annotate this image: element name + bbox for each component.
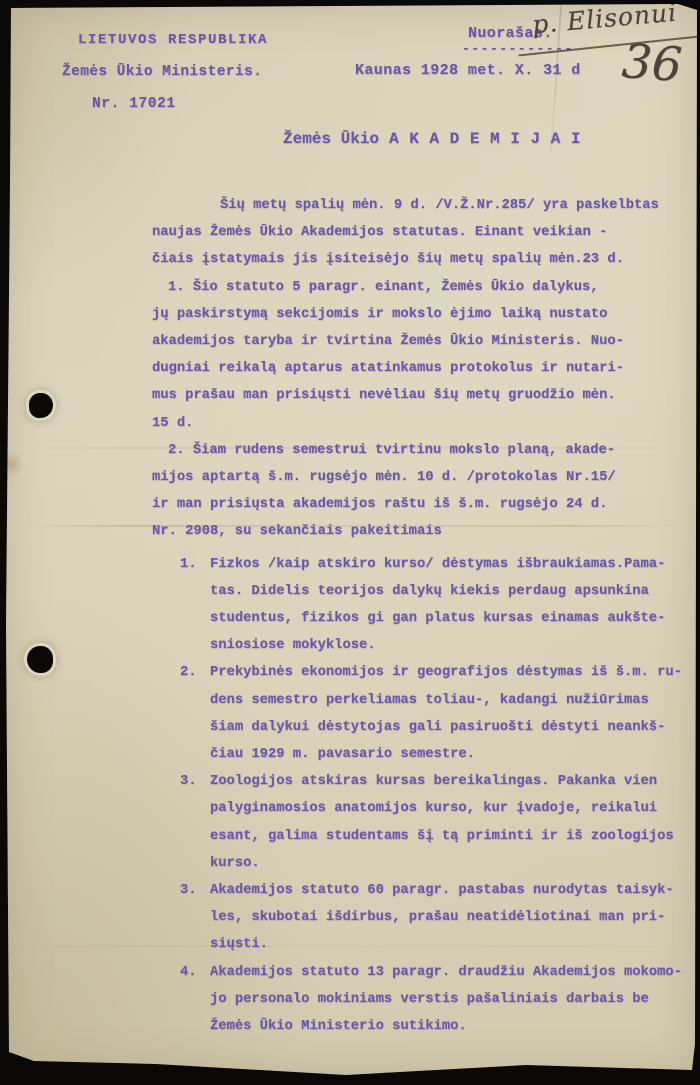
paragraphs-container: Šių metų spalių mėn. 9 d. /V.Ž.Nr.285/ y…	[152, 192, 688, 546]
document-line: dugniai reikalą aptarus atatinkamus prot…	[152, 355, 688, 382]
document-line: naujas Žemės Ūkio Akademijos statutas. E…	[152, 219, 688, 246]
document-line: Akademijos statuto 13 paragr. draudžiu A…	[210, 959, 688, 986]
document-line: Akademijos statuto 60 paragr. pastabas n…	[210, 877, 688, 904]
document-line: kurso.	[210, 850, 688, 877]
document-line: 1. Šio statuto 5 paragr. einant, Žemės Ū…	[152, 274, 688, 301]
amendment-list: 1.Fizkos /kaip atskiro kurso/ dėstymas i…	[152, 551, 688, 1041]
punch-hole	[29, 393, 53, 418]
document-line: Fizkos /kaip atskiro kurso/ dėstymas išb…	[210, 551, 688, 578]
list-item-number: 3.	[180, 768, 197, 795]
document-line: sniosiose mokyklose.	[210, 632, 688, 659]
addressee-prefix: Žemės Ūkio	[283, 130, 379, 148]
document-line: čiau 1929 m. pavasario semestre.	[210, 741, 688, 768]
document-line: akademijos taryba ir tvirtina Žemės Ūkio…	[152, 328, 688, 355]
punch-hole	[27, 646, 53, 673]
document-line: jo personalo mokiniams verstis pašalinia…	[210, 986, 688, 1013]
list-item: 2.Prekybinės ekonomijos ir geografijos d…	[152, 659, 688, 768]
list-item-number: 3.	[180, 877, 197, 904]
list-item: 3.Zoologijos atskiras kursas bereikaling…	[152, 768, 688, 877]
document-line: tas. Didelis teorijos dalykų kiekis perd…	[210, 578, 688, 605]
document-line: Šių metų spalių mėn. 9 d. /V.Ž.Nr.285/ y…	[152, 192, 688, 219]
letterhead-office: Žemės Ūkio Ministeris.	[62, 64, 262, 80]
addressee-name: A K A D E M I J A I	[389, 130, 581, 148]
document-line: šiam dalykui dėstytojas gali pasiruošti …	[210, 714, 688, 741]
document-line: mus prašau man prisiųsti nevėliau šių me…	[152, 382, 688, 409]
place-date-line: Kaunas 1928 met. X. 31 d	[355, 62, 581, 79]
document-line: Prekybinės ekonomijos ir geografijos dės…	[210, 659, 688, 686]
document-line: ir man prisiųsta akademijos raštu iš š.m…	[152, 491, 688, 518]
paragraph: 1. Šio statuto 5 paragr. einant, Žemės Ū…	[152, 274, 688, 437]
document-line: Nr. 2908, su sekančiais pakeitimais	[152, 518, 688, 545]
document-line: les, skubotai išdirbus, prašau neatidėli…	[210, 904, 688, 931]
list-item-number: 4.	[180, 959, 197, 986]
letterhead-reference-number: Nr. 17021	[92, 96, 176, 112]
paragraph: Šių metų spalių mėn. 9 d. /V.Ž.Nr.285/ y…	[152, 192, 688, 274]
addressee-title: Žemės ŪkioA K A D E M I J A I	[283, 130, 581, 148]
list-item: 3.Akademijos statuto 60 paragr. pastabas…	[152, 877, 688, 959]
document-line: esant, galima studentams šį tą priminti …	[210, 823, 688, 850]
document-line: mijos aptartą š.m. rugsėjo mėn. 10 d. /p…	[152, 464, 688, 491]
document-line: 2. Šiam rudens semestrui tvirtinu mokslo…	[152, 437, 688, 464]
document-line: 15 d.	[152, 410, 688, 437]
list-item: 1.Fizkos /kaip atskiro kurso/ dėstymas i…	[152, 551, 688, 660]
document-line: Zoologijos atskiras kursas bereikalingas…	[210, 768, 688, 795]
list-item-number: 1.	[180, 551, 197, 578]
handwritten-sheet-number: 36	[620, 34, 684, 93]
document-line: čiais įstatymais jis įsiteisėjo šių metų…	[152, 246, 688, 273]
list-item-number: 2.	[180, 659, 197, 686]
handwritten-recipient: p. Elisonui	[531, 0, 678, 39]
scanned-document-screen: LIETUVOS RESPUBLIKA Žemės Ūkio Ministeri…	[0, 0, 700, 1085]
document-line: dens semestro perkeliamas toliau-, kadan…	[210, 687, 688, 714]
document-line: jų paskirstymą sekcijomis ir mokslo ėjim…	[152, 301, 688, 328]
letterhead-country: LIETUVOS RESPUBLIKA	[78, 32, 268, 48]
document-page: LIETUVOS RESPUBLIKA Žemės Ūkio Ministeri…	[6, 4, 697, 1076]
document-line: palyginamosios anatomijos kurso, kur įva…	[210, 795, 688, 822]
document-line: siųsti.	[210, 931, 688, 958]
list-item: 4.Akademijos statuto 13 paragr. draudžiu…	[152, 959, 688, 1041]
document-line: Žemės Ūkio Ministerio sutikimo.	[210, 1013, 688, 1040]
body-text: Šių metų spalių mėn. 9 d. /V.Ž.Nr.285/ y…	[152, 192, 688, 1040]
document-line: studentus, fizikos gi gan platus kursas …	[210, 605, 688, 632]
paragraph: 2. Šiam rudens semestrui tvirtinu mokslo…	[152, 437, 688, 546]
